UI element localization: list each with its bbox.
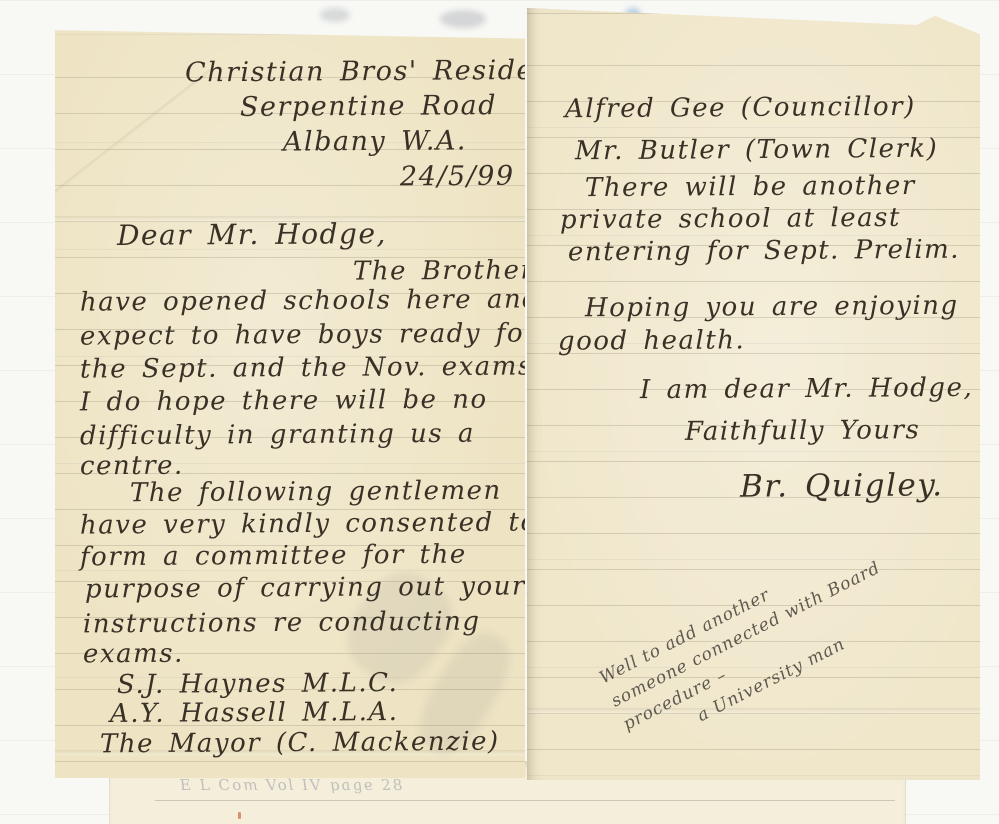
body-line: purpose of carrying out your xyxy=(85,571,526,604)
body-line: Hoping you are enjoying xyxy=(585,291,959,324)
committee-member: Alfred Gee (Councillor) xyxy=(565,92,916,124)
sender-address-line: Serpentine Road xyxy=(240,90,497,123)
letter-page-right: Alfred Gee (Councillor) Mr. Butler (Town… xyxy=(527,8,980,780)
body-line: private school at least xyxy=(560,203,901,235)
body-line: entering for Sept. Prelim. xyxy=(568,235,960,268)
body-line: There will be another xyxy=(585,171,916,203)
body-line: exams. xyxy=(83,639,184,670)
orange-speck xyxy=(238,812,241,819)
scanner-smudge xyxy=(320,8,350,22)
fold-crease xyxy=(527,708,980,715)
scanned-letter: E L Com Vol IV page 28 Christian Bros' R… xyxy=(0,0,999,824)
body-line: expect to have boys ready for xyxy=(80,318,538,351)
faint-underline xyxy=(155,800,895,801)
valediction-line: Faithfully Yours xyxy=(685,415,921,447)
pencil-annotation: Well to add another someone connected wi… xyxy=(595,513,945,760)
sender-address-line: Albany W.A. xyxy=(283,125,467,157)
body-line: have opened schools here and xyxy=(80,284,540,317)
body-line: the Sept. and the Nov. exams. xyxy=(80,351,543,384)
body-line: have very kindly consented to xyxy=(80,507,538,540)
body-line: centre. xyxy=(80,451,184,482)
body-line: The following gentlemen xyxy=(130,476,502,509)
body-line: good health. xyxy=(558,325,745,356)
valediction-line: I am dear Mr. Hodge, xyxy=(640,373,973,405)
committee-member: The Mayor (C. Mackenzie) xyxy=(100,727,500,760)
scanner-smudge xyxy=(440,10,486,28)
signature: Br. Quigley. xyxy=(740,467,944,504)
letter-date: 24/5/99 xyxy=(400,161,515,193)
body-line: form a committee for the xyxy=(80,540,467,573)
committee-member: S.J. Haynes M.L.C. xyxy=(117,668,399,700)
letter-page-left: Christian Bros' Residence Serpentine Roa… xyxy=(55,28,525,778)
body-line: instructions re conducting xyxy=(83,607,481,640)
committee-member: A.Y. Hassell M.L.A. xyxy=(110,697,399,729)
body-line: difficulty in granting us a xyxy=(80,419,475,452)
salutation: Dear Mr. Hodge, xyxy=(117,217,387,252)
body-line: I do hope there will be no xyxy=(80,385,488,418)
sender-address-line: Christian Bros' Residence xyxy=(185,55,587,89)
committee-member: Mr. Butler (Town Clerk) xyxy=(575,134,938,167)
body-line: The Brothers xyxy=(353,255,549,286)
